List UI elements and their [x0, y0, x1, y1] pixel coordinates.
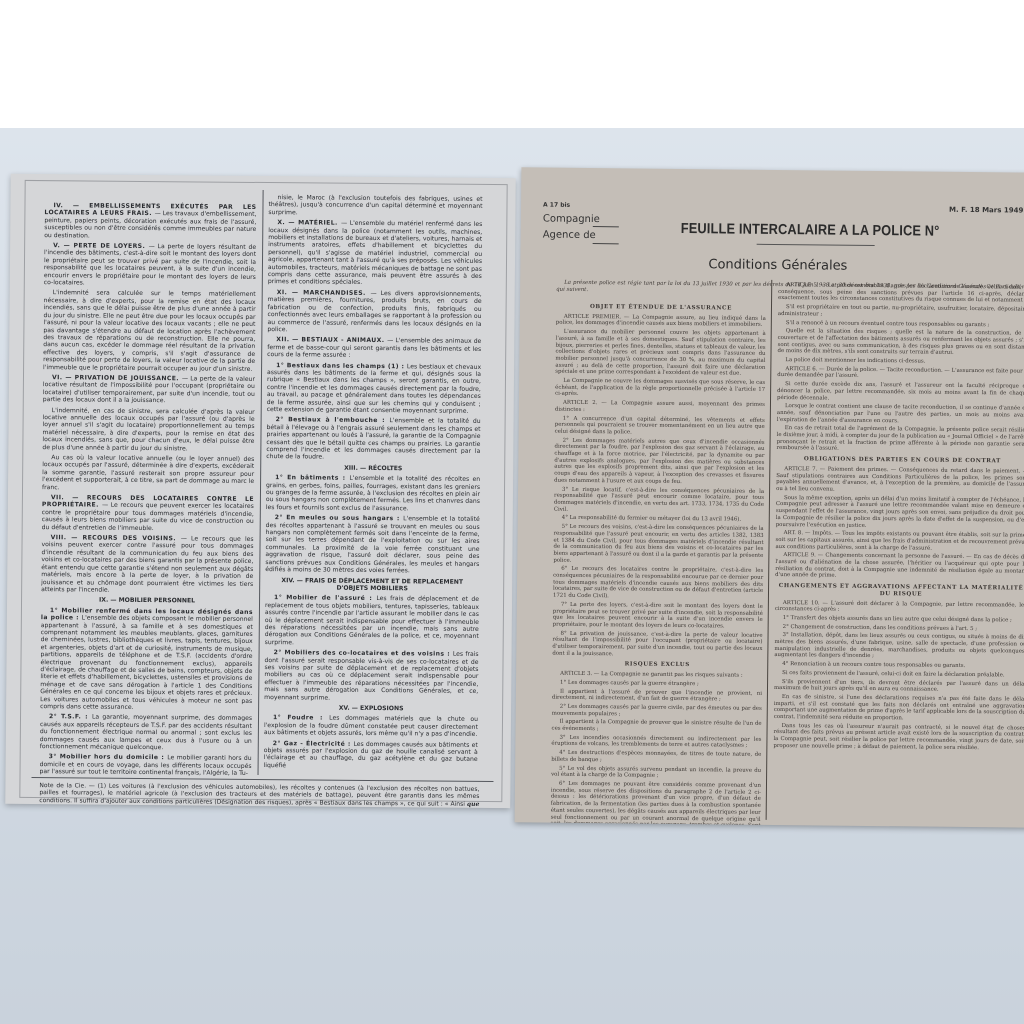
article-paragraph: 6° Le recours des locataires contre le p… — [553, 566, 763, 602]
article-paragraph: S'ils proviennent d'un tiers, ils devron… — [774, 679, 1024, 695]
article-paragraph: Si ces faits proviennent de l'assuré, ce… — [774, 670, 1024, 679]
paragraph: 2° T.S.F. : La garantie, moyennant surpr… — [40, 713, 252, 752]
paragraph: L'indemnité sera calculée sur le temps m… — [43, 290, 256, 373]
document-title: FEUILLE INTERCALAIRE A LA POLICE N° — [681, 221, 940, 240]
paragraph: V. — PERTE DE LOYERS. — La perte de loye… — [44, 242, 256, 288]
right-page: A 17 bis M. F. 18 Mars 1949 Compagnie Ag… — [515, 167, 1024, 827]
paragraph-text: — L'ensemble du matériel renfermé dans l… — [268, 220, 483, 286]
article-section-heading: OBLIGATIONS DES PARTIES EN COURS DE CONT… — [776, 456, 1024, 465]
paragraph-text: L'ensemble des objets composant le mobil… — [40, 615, 253, 711]
paragraph-text: L'ensemble et la totalité du bétail à l'… — [266, 417, 480, 460]
article-section-heading: OBJET ET ÉTENDUE DE L'ASSURANCE — [556, 304, 766, 313]
left-page: IV. — EMBELLISSEMENTS EXÉCUTÉS PAR LES L… — [5, 174, 515, 808]
paragraph-heading: 1° En bâtiments : — [275, 474, 349, 482]
column-divider — [766, 280, 773, 820]
article-paragraph: 7° La perte des loyers, c'est-à-dire soi… — [553, 601, 763, 630]
paragraph: 1° Bestiaux dans les champs (1) : Les be… — [267, 362, 481, 416]
article-paragraph: ARTICLE 2. — La Compagnie assure aussi, … — [555, 400, 765, 416]
article-paragraph: La police doit mentionner les indication… — [777, 357, 1024, 366]
article-paragraph: 4° Renonciation à un recours contre tous… — [774, 661, 1024, 670]
article-paragraph: ARTICLE PREMIER. — La Compagnie assure, … — [556, 313, 766, 329]
article-paragraph: 4° Les destructions d'espèces monnayées,… — [551, 750, 761, 766]
paragraph: 1° En bâtiments : L'ensemble et la total… — [266, 474, 480, 513]
section-heading: XIV. — FRAIS DE DÉPLACEMENT ET DE REPLAC… — [265, 577, 479, 594]
article-paragraph: 5° Le recours des voisins, c'est-à-dire … — [553, 524, 763, 566]
article-section-heading: RISQUES EXCLUS — [552, 661, 762, 670]
paragraph-text: L'indemnité sera calculée sur le temps m… — [43, 290, 256, 373]
article-paragraph: En cas de sinistre, si l'une des déclara… — [774, 694, 1024, 723]
article-paragraph: Sous la même exception, après un délai d… — [776, 495, 1024, 531]
paragraph-text: Les frais dont l'assuré serait responsab… — [264, 651, 478, 701]
paragraph: 2° Bestiaux à l'embouche : L'ensemble et… — [266, 416, 480, 462]
paragraph: nisie, le Maroc (à l'exclusion toutefois… — [268, 194, 482, 218]
paragraph: VII. — RECOURS DES LOCATAIRES CONTRE LE … — [42, 494, 254, 533]
paragraph: Au cas où la valeur locative annuelle (o… — [42, 454, 254, 493]
article-paragraph: 6° Les dommages ne pouvant être considér… — [550, 781, 761, 828]
article-paragraph: 1° A concurrence d'un capital déterminé,… — [555, 415, 765, 437]
article-paragraph: ARTICLE 7. — Paiement des primes. — Cons… — [776, 466, 1024, 495]
paragraph: XI. — MARCHANDISES. — Les divers approvi… — [267, 289, 481, 335]
paragraph-text: Au cas où la valeur locative annuelle (o… — [42, 454, 254, 491]
footnote-text: Note de la Cie. — (1) Les voitures (à l'… — [39, 782, 479, 808]
section-heading: XIII. — RÉCOLTES — [266, 464, 480, 473]
paragraph: X. — MATÉRIEL. — L'ensemble du matériel … — [268, 219, 483, 288]
section-heading: XV. — EXPLOSIONS — [264, 704, 478, 713]
article-paragraph: Si cette durée excède dix ans, l'assuré … — [777, 381, 1024, 404]
article-paragraph: 8° La privation de jouissance, c'est-à-d… — [552, 630, 762, 659]
paragraph-heading: 2° T.S.F. : — [49, 714, 92, 721]
paragraph: 1° Foudre : Les dommages matériels que l… — [264, 714, 478, 738]
paragraph: VIII. — RECOURS DES VOISINS. — Le recour… — [41, 534, 254, 595]
article-paragraph: 1° Transfert des objets assurés dans un … — [775, 615, 1024, 624]
article-paragraph: 4° La responsabilité du fermier ou métay… — [554, 515, 764, 524]
paragraph-text: L'indemnité, en cas de sinistre, sera ca… — [42, 407, 254, 452]
article-paragraph: 3° Installation, dépôt, dans les lieux a… — [774, 632, 1024, 661]
article-paragraph: ARTICLE 3. — La Compagnie ne garantit pa… — [552, 671, 762, 680]
form-reference: A 17 bis — [543, 202, 570, 209]
article-paragraph: Quelle est la situation des risques ; qu… — [777, 328, 1024, 357]
article-paragraph: S'il a renoncé à un recours éventuel con… — [778, 320, 1024, 329]
document-subtitle: Conditions Générales — [708, 257, 847, 273]
article-paragraph: ARTICLE 6. — Durée de la police. — Tacit… — [777, 366, 1024, 382]
article-paragraph: 1° Les dommages causés par la guerre étr… — [552, 680, 762, 689]
article-paragraph: La Compagnie ne couvre les dommages susv… — [555, 378, 765, 400]
article-paragraph: ARTICLE 5. — La police est établie d'apr… — [778, 282, 1024, 305]
paragraph: 1° Mobilier de l'assuré : Les frais de d… — [265, 594, 479, 648]
article-paragraph: 5° Le vol des objets assurés survenu pen… — [551, 765, 761, 781]
article-paragraph: 3° Le risque locatif, c'est-à-dire les c… — [554, 486, 764, 515]
section-heading: IX. — MOBILIER PERSONNEL — [41, 596, 253, 605]
paragraph: IV. — EMBELLISSEMENTS EXÉCUTÉS PAR LES L… — [44, 202, 256, 241]
title-ornament — [757, 244, 875, 246]
right-column-1: OBJET ET ÉTENDUE DE L'ASSURANCEARTICLE P… — [549, 300, 766, 828]
article-paragraph: 2° Les dommages causés par la guerre civ… — [552, 704, 762, 720]
footnote: Note de la Cie. — (1) Les voitures (à l'… — [39, 782, 479, 808]
right-column-2: ARTICLE 5. — La police est établie d'apr… — [773, 282, 1024, 754]
article-paragraph: L'assurance du mobilier personnel couvre… — [555, 329, 765, 378]
paragraph-text: Les bestiaux et chevaux assurés dans les… — [267, 363, 481, 415]
paragraph: 3° Mobilier hors du domicile : Le mobili… — [40, 754, 252, 778]
paragraph: 2° Gaz - Électricité : Les dommages caus… — [264, 740, 478, 771]
company-blank — [593, 226, 619, 227]
paragraph: 2° Mobiliers des co-locataires et des vo… — [264, 649, 478, 703]
article-paragraph: ARTICLE 9. — Changements concernant la p… — [775, 552, 1024, 581]
article-paragraph: ART. 8. — Impôts. — Tous les impôts exis… — [775, 530, 1024, 553]
article-paragraph: En cas de retrait total de l'agrément de… — [776, 425, 1024, 454]
paragraph: XII. — BESTIAUX - ANIMAUX. — L'ensemble … — [267, 336, 481, 360]
article-paragraph: Il appartient à la Compagnie de prouver … — [552, 719, 762, 735]
paragraph: VI. — PRIVATION DE JOUISSANCE. — La pert… — [43, 374, 255, 405]
article-paragraph: Il appartient à l'assuré de prouver que … — [552, 688, 762, 704]
paragraph-text: — Les divers approvisionnements, matière… — [267, 290, 481, 333]
paragraph-text: — Le recours que les voisins peuvent exe… — [41, 535, 254, 593]
edition-date: M. F. 18 Mars 1949 — [949, 206, 1023, 215]
paragraph-heading: X. — MATÉRIEL. — [277, 219, 341, 227]
article-paragraph: 2° Les dommages matériels autres que ceu… — [554, 437, 764, 486]
paragraph: L'indemnité, en cas de sinistre, sera ca… — [42, 407, 254, 453]
paragraph-text: nisie, le Maroc (à l'exclusion toutefois… — [268, 194, 482, 216]
paragraph-heading: 1° Foudre : — [273, 715, 329, 722]
paragraph: 2° En meules ou sous hangars : L'ensembl… — [265, 514, 480, 575]
left-column-1: IV. — EMBELLISSEMENTS EXÉCUTÉS PAR LES L… — [39, 202, 256, 780]
article-section-heading: CHANGEMENTS ET AGGRAVATIONS AFFECTANT LA… — [775, 583, 1024, 599]
paragraph-text: Les frais de déplacement et de replaceme… — [265, 595, 479, 646]
paragraph-text: — La perte de loyers résultant de l'ince… — [44, 243, 256, 286]
article-paragraph: Dans tous les cas où l'assureur n'aurait… — [773, 723, 1024, 752]
left-column-2: nisie, le Maroc (à l'exclusion toutefois… — [264, 194, 483, 774]
agency-blank — [593, 243, 619, 244]
agency-label: Agence de — [543, 230, 596, 242]
article-paragraph: S'il est propriétaire en tout ou partie,… — [778, 304, 1024, 320]
company-label: Compagnie — [543, 214, 600, 226]
paragraph: 1° Mobilier renfermé dans les locaux dés… — [40, 607, 253, 713]
article-paragraph: 3° Les incendies occasionnés directement… — [551, 734, 761, 750]
article-paragraph: ARTICLE 10. — L'assuré doit déclarer à l… — [775, 600, 1024, 616]
paragraph-text: L'ensemble et la totalité des récoltes a… — [265, 515, 480, 574]
article-paragraph: Lorsque le contrat contient une clause d… — [777, 403, 1024, 426]
